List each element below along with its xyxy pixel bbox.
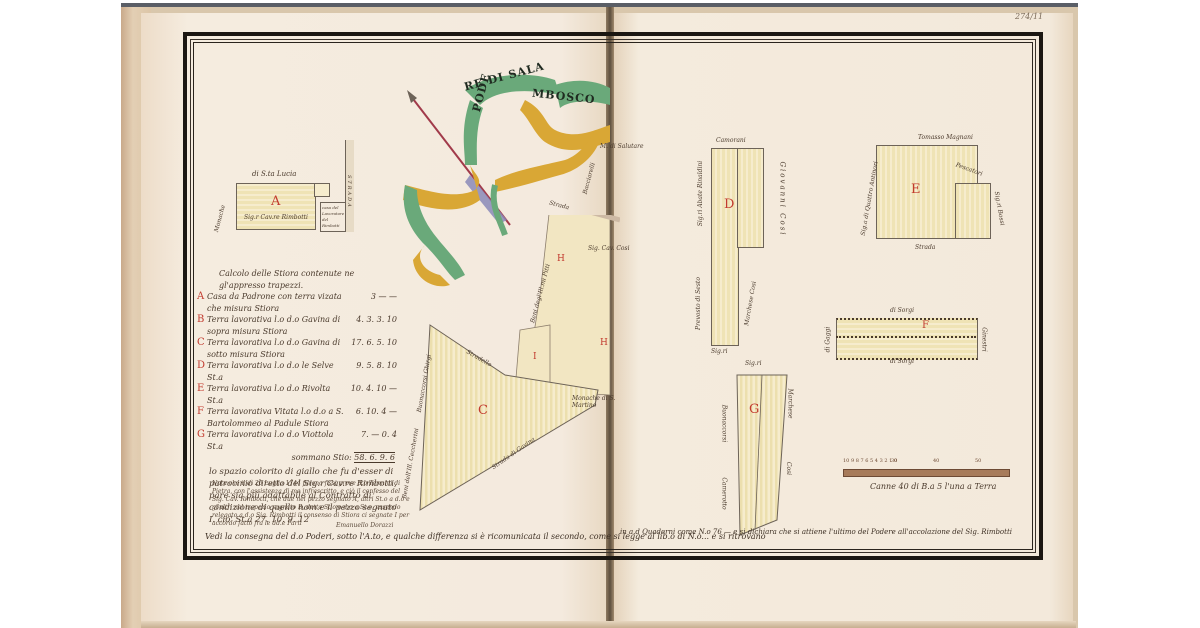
plot-a: A: [236, 183, 316, 230]
plot-f: [836, 318, 978, 360]
plot-label-h: H: [557, 254, 565, 264]
plot-label-c: C: [478, 403, 488, 418]
legend-row-g: GTerra lavorativa l.o d.o Viottola St.a7…: [197, 429, 397, 452]
plot-g-east-lower-label: Cosi: [785, 462, 792, 475]
scale-ticks: 10 9 8 7 6 5 4 3 2 1 0 30 40 50: [843, 458, 1013, 464]
plot-a-building: [314, 183, 330, 197]
plot-label-i: I: [533, 352, 537, 362]
plot-g-east-label: Marchese: [787, 389, 794, 419]
survey-note: Nota che il dì 20 Luglio 1744 furono fis…: [212, 480, 412, 528]
plot-a-north-label: di S.ta Lucia: [252, 170, 296, 178]
plot-d-west: [711, 148, 739, 346]
monache-salutare-label: M. di Salutare: [600, 143, 644, 150]
monache-s-martino-label: Monache di S. Martino: [572, 395, 622, 409]
plot-d-east: [737, 148, 764, 248]
legend-row-d: DTerra lavorativa l.o d.o le Selve St.a9…: [197, 360, 397, 383]
plot-f-west-label: di Gaggi: [824, 327, 831, 353]
scale-caption: Canne 40 di B.a 5 l'una a Terra: [870, 482, 996, 491]
footer-annotation-line2: in a.d Quaderni come N.o 76 — e si dichi…: [620, 528, 1040, 536]
plot-e-annex: [955, 183, 991, 239]
plot-d-top-label: Camorani: [716, 137, 746, 144]
folio-number: 274/11: [1015, 12, 1043, 21]
plot-f-divider: [836, 336, 976, 339]
page-bottom-edge: [141, 621, 1076, 628]
plot-label-f: F: [922, 320, 929, 331]
plot-f-bottom-label: di Sorgi: [890, 358, 914, 365]
legend-row-e: ETerra lavorativa l.o d.o Rivolta St.a10…: [197, 383, 397, 406]
strada-label: STRADA: [346, 175, 352, 209]
sig-cav-cosi-label: Sig. Cav. Cosi: [588, 245, 630, 252]
surveyor-signature: Emanuello Dorazzi: [336, 522, 393, 529]
plot-a-annex-label: casa del Lavoratore del Rimbotti: [322, 205, 344, 229]
plot-g-west-label: Buonaccorsi: [720, 405, 727, 443]
legend-row-f: FTerra lavorativa Vitata l.o d.o a S. Ba…: [197, 406, 397, 429]
legend-row-c: CTerra lavorativa l.o d.o Gavina di sott…: [197, 337, 397, 360]
plot-label-g: G: [749, 402, 759, 417]
plot-d-west-label: Sig.ri Abate Rinaldini: [697, 161, 704, 226]
plot-label-e: E: [911, 182, 921, 197]
plot-e-top-label: Tomasso Magnani: [918, 134, 973, 141]
plot-d-southwest-label: Prevosto di Sesto: [695, 277, 702, 330]
plot-label-d: D: [724, 197, 734, 212]
plot-e-bottom-label: Strada: [915, 244, 935, 251]
plot-g-top-label: Sig.ri: [745, 360, 762, 367]
plot-d-east-label: Giovanni Cosi: [779, 161, 787, 236]
scale-bar: [843, 469, 1010, 477]
plot-g-west-lower-label: Camerotto: [721, 477, 728, 509]
legend-row-a: ACasa da Padrone con terra vizata che mi…: [197, 291, 397, 314]
plot-a-owner-label: Sig.r Cav.re Rimbotti: [244, 214, 308, 221]
plot-c-h-i-shapes: [410, 215, 620, 515]
legend-sum: sommano Stio: 58. 6. 9. 6: [197, 452, 397, 464]
plot-f-top-label: di Sorgi: [890, 307, 914, 314]
plot-f-east-label: Ginestri: [981, 327, 988, 351]
legend-title: Calcolo delle Stiora contenute ne gl'app…: [197, 268, 397, 291]
plot-label-a: A: [271, 194, 280, 209]
plot-label-h2: H: [600, 338, 608, 348]
plot-d-bottom-label: Sig.ri: [711, 348, 728, 355]
legend-row-b: BTerra lavorativa l.o d.o Gavina di sopr…: [197, 314, 397, 337]
